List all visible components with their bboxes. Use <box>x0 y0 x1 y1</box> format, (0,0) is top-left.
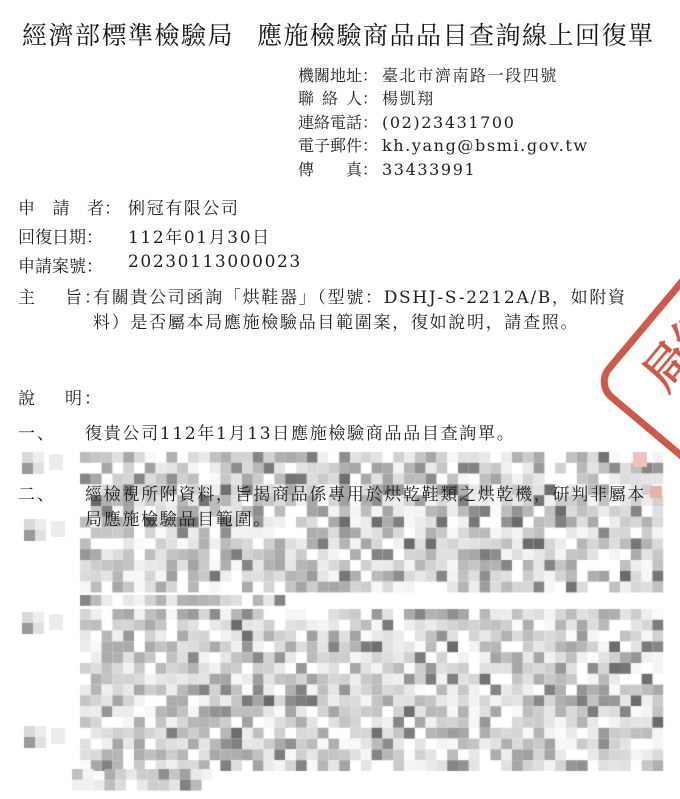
application-meta-block: 申請者：俐冠有限公司 回復日期：112年01月30日 申請案號：20230113… <box>18 194 121 281</box>
subject-label: 主旨 <box>18 286 82 311</box>
list-item-2: 二、 經檢視所附資料，旨揭商品係專用於烘乾鞋類之烘乾機，研判非屬本 局應施檢驗品… <box>18 483 662 533</box>
contact-value-address: 臺北市濟南路一段四號 <box>382 66 558 85</box>
list-item-2-line-2: 局應施檢驗品目範圍。 <box>85 508 662 533</box>
contact-label: 傳真 <box>298 158 362 181</box>
contact-label: 機關地址 <box>298 64 362 87</box>
colon: ： <box>362 87 378 110</box>
colon: ： <box>104 199 121 219</box>
document-title-form: 應施檢驗商品品目查詢線上回復單 <box>257 21 655 50</box>
reply-date-value: 112年01月30日 <box>128 223 271 248</box>
list-item-2-content: 經檢視所附資料，旨揭商品係專用於烘乾鞋類之烘乾機，研判非屬本 局應施檢驗品目範圍… <box>85 483 662 533</box>
list-item-1-line-1: 復貴公司112年1月13日應施檢驗商品品目查詢單。 <box>85 422 662 447</box>
contact-label: 連絡電話 <box>298 111 362 134</box>
colon: ： <box>362 111 378 134</box>
subject-content: 有關貴公司函詢「烘鞋器」（型號：DSHJ-S-2212A/B，如附資 料）是否屬… <box>93 286 662 336</box>
contact-row-email: 電子郵件：kh.yang@bsmi.gov.tw <box>298 134 589 157</box>
contact-row-person: 聯絡人：楊凱翔 <box>298 87 589 110</box>
colon: ： <box>362 64 378 87</box>
list-item-2-number: 二、 <box>18 483 56 508</box>
colon: ： <box>362 158 378 181</box>
reply-date-label: 回復日期 <box>18 223 86 248</box>
applicant-label: 申請者 <box>18 194 104 219</box>
contact-value-person: 楊凱翔 <box>382 89 435 108</box>
applicant-value: 俐冠有限公司 <box>128 194 240 219</box>
list-item-1-number: 一、 <box>18 422 56 447</box>
contact-row-address: 機關地址：臺北市濟南路一段四號 <box>298 64 589 87</box>
document-text-layer: 經濟部標準檢驗局應施檢驗商品品目查詢線上回復單 機關地址：臺北市濟南路一段四號 … <box>0 0 680 135</box>
document-page: 經濟部標準檢驗局應施檢驗商品品目查詢線上回復單 機關地址：臺北市濟南路一段四號 … <box>0 0 680 799</box>
contact-label: 電子郵件 <box>298 134 362 157</box>
subject-line-2: 料）是否屬本局應施檢驗品目範圍案，復如說明，請查照。 <box>93 311 662 336</box>
explanation-label: 說明 <box>18 387 82 412</box>
colon: ： <box>86 228 103 248</box>
subject-line-1: 有關貴公司函詢「烘鞋器」（型號：DSHJ-S-2212A/B，如附資 <box>93 286 662 311</box>
contact-value-email: kh.yang@bsmi.gov.tw <box>382 136 589 155</box>
case-number-row: 申請案號：20230113000023 <box>18 252 121 281</box>
contact-value-fax: 33433991 <box>382 160 476 179</box>
document-title: 經濟部標準檢驗局應施檢驗商品品目查詢線上回復單 <box>22 16 655 52</box>
contact-value-phone: (02)23431700 <box>382 113 515 132</box>
reply-date-row: 回復日期：112年01月30日 <box>18 223 121 252</box>
colon: ： <box>86 257 103 277</box>
contact-label: 聯絡人 <box>298 87 362 110</box>
subject-row: 主旨 ： 有關貴公司函詢「烘鞋器」（型號：DSHJ-S-2212A/B，如附資 … <box>18 286 662 336</box>
case-number-value: 20230113000023 <box>128 252 302 272</box>
contact-block: 機關地址：臺北市濟南路一段四號 聯絡人：楊凱翔 連絡電話：(02)2343170… <box>298 64 589 181</box>
colon: ： <box>362 134 378 157</box>
applicant-row: 申請者：俐冠有限公司 <box>18 194 121 223</box>
list-item-1-content: 復貴公司112年1月13日應施檢驗商品品目查詢單。 <box>85 422 662 447</box>
colon: ： <box>84 387 101 412</box>
list-item-2-line-1: 經檢視所附資料，旨揭商品係專用於烘乾鞋類之烘乾機，研判非屬本 <box>85 483 662 508</box>
contact-row-phone: 連絡電話：(02)23431700 <box>298 111 589 134</box>
case-number-label: 申請案號 <box>18 252 86 277</box>
contact-row-fax: 傳真：33433991 <box>298 158 589 181</box>
list-item-1: 一、 復貴公司112年1月13日應施檢驗商品品目查詢單。 <box>18 422 662 447</box>
colon: ： <box>84 286 101 311</box>
document-title-agency: 經濟部標準檢驗局 <box>22 21 234 50</box>
